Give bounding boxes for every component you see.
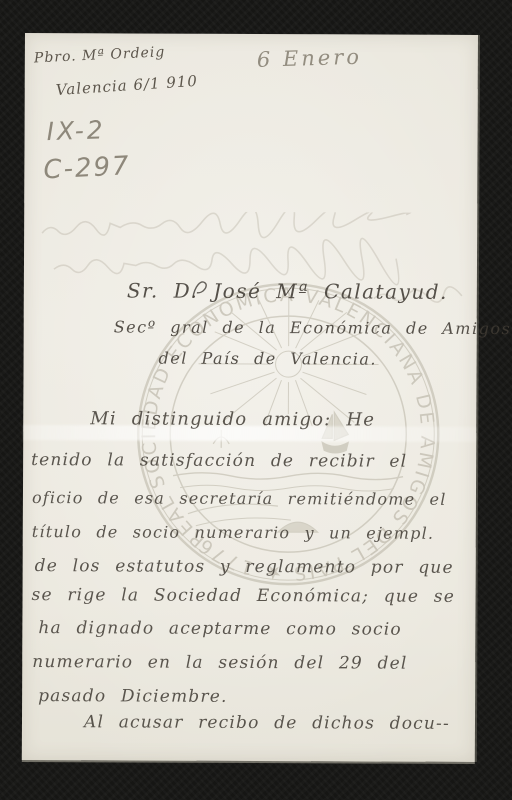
body-line-10: Al acusar recibo de dichos docu-- xyxy=(84,712,450,734)
body-line-3: oficio de esa secretaría remitiéndome el xyxy=(32,488,447,509)
ink-annotation-place-date: Valencia 6/1 910 xyxy=(55,72,198,99)
recipient-line-2: Secº gral de la Económica de Amigos xyxy=(114,317,512,338)
ink-annotation-sender: Pbro. Mª Ordeig xyxy=(34,44,166,66)
recipient-line-3: del País de Valencia. xyxy=(159,349,378,369)
body-line-5: de los estatutos y reglamento por que xyxy=(35,556,454,578)
body-line-2: tenido la satisfacción de recibir el xyxy=(31,450,407,472)
ghost-writing xyxy=(24,211,477,323)
body-line-4: título de socio numerario y un ejempl. xyxy=(32,522,435,543)
pencil-annotation-date: 6 Enero xyxy=(257,45,363,72)
body-line-7: ha dignado aceptarme como socio xyxy=(38,618,402,640)
body-line-6: se rige la Sociedad Económica; que se xyxy=(32,585,456,607)
pencil-reference-1: IX-2 xyxy=(46,115,106,146)
body-line-8: numerario en la sesión del 29 del xyxy=(32,652,407,674)
scan-background: REAL SOCIEDAD ECONOMICA VALENCIANA DE AM… xyxy=(0,0,512,800)
recipient-line-1: Sr. D. José Mª Calatayud. xyxy=(127,278,448,303)
body-line-9: pasado Diciembre. xyxy=(38,686,228,707)
letter-paper: REAL SOCIEDAD ECONOMICA VALENCIANA DE AM… xyxy=(22,33,478,762)
pencil-reference-2: C-297 xyxy=(43,151,132,185)
body-line-1: Mi distinguido amigo: He xyxy=(90,408,375,430)
